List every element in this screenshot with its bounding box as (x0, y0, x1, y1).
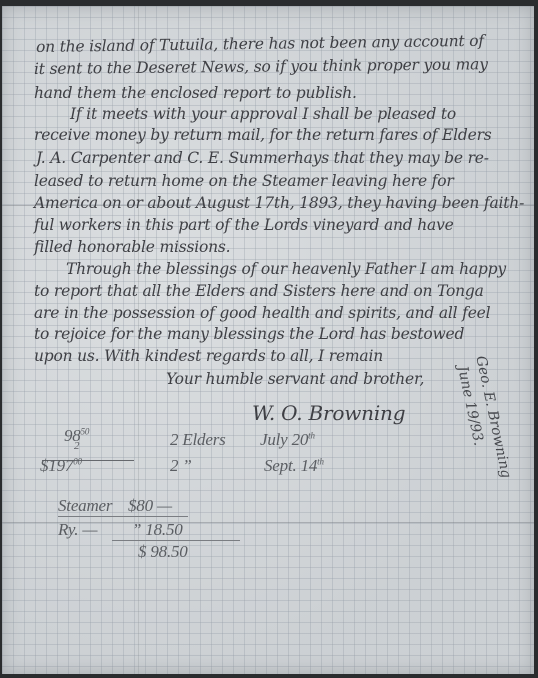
letter-line: leased to return home on the Steamer lea… (34, 172, 454, 190)
letter-line: to rejoice for the many blessings the Lo… (34, 325, 464, 343)
letter-line: filled honorable missions. (34, 238, 230, 256)
letter-line: America on or about August 17th, 1893, t… (34, 194, 524, 212)
schedule-count: 2 Elders (170, 430, 226, 450)
letter-line: receive money by return mail, for the re… (34, 126, 492, 144)
calc-cents: 50 (81, 426, 90, 436)
date-suffix: th (317, 456, 324, 466)
fare-amount: $80 — (128, 496, 172, 516)
schedule-count: 2 ” (170, 456, 192, 476)
fare-rule (58, 516, 188, 517)
calc-total-cents: 00 (73, 456, 82, 466)
letter-line: If it meets with your approval I shall b… (70, 105, 456, 123)
calc-total-dollars: $197 (40, 456, 73, 475)
letter-line: are in the possession of good health and… (34, 304, 490, 322)
fare-total: $ 98.50 (138, 542, 188, 562)
letter-line: to report that all the Elders and Sister… (34, 282, 484, 300)
calc-multiplier: 2 (74, 440, 79, 452)
letter-line: Through the blessings of our heavenly Fa… (66, 260, 506, 278)
signature: W. O. Browning (252, 401, 405, 425)
fare-label: Ry. — (58, 520, 97, 540)
letter-line: hand them the enclosed report to publish… (34, 84, 357, 102)
schedule-date: Sept. 14th (264, 456, 324, 476)
letter-line: ful workers in this part of the Lords vi… (34, 216, 454, 234)
letter-line: on the island of Tutuila, there has not … (36, 32, 484, 56)
letter-line: upon us. With kindest regards to all, I … (34, 347, 383, 365)
letter-line: it sent to the Deseret News, so if you t… (34, 55, 488, 78)
date-text: July 20 (260, 430, 308, 449)
date-text: Sept. 14 (264, 456, 317, 475)
docket-note: Geo. E. Browning June 19/93. (451, 354, 516, 484)
schedule-date: July 20th (260, 430, 315, 450)
letter-page: on the island of Tutuila, there has not … (2, 6, 534, 674)
calc-total: $19700 (40, 456, 82, 476)
closing-line: Your humble servant and brother, (166, 370, 424, 388)
letter-line: J. A. Carpenter and C. E. Summerhays tha… (36, 149, 489, 167)
fare-label: Steamer (58, 496, 112, 516)
fare-total-rule (112, 540, 240, 541)
fare-amount: ” 18.50 (132, 520, 183, 540)
date-suffix: th (308, 430, 315, 440)
